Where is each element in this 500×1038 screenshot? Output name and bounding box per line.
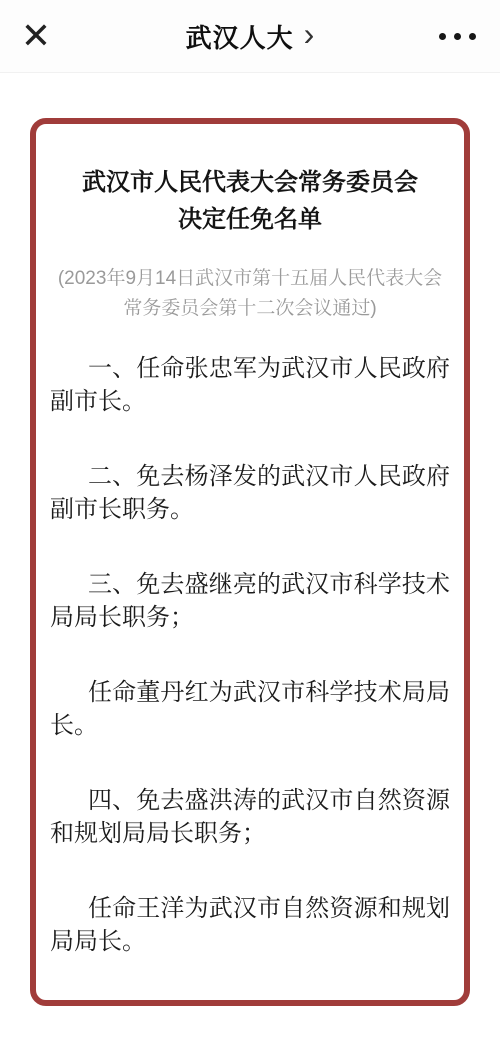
article-paragraph: 三、免去盛继亮的武汉市科学技术局局长职务； [50,568,450,634]
document-subtitle: (2023年9月14日武汉市第十五届人民代表大会 常务委员会第十二次会议通过) [50,264,450,324]
account-title-link[interactable]: 武汉人大 › [186,18,315,55]
document-title: 武汉市人民代表大会常务委员会 决定任免名单 [50,164,450,238]
navbar: ✕ 武汉人大 › [0,0,500,73]
document-body: 一、任命张忠军为武汉市人民政府副市长。二、免去杨泽发的武汉市人民政府副市长职务。… [50,352,450,958]
close-icon[interactable]: ✕ [12,0,60,72]
document-title-line2: 决定任免名单 [50,201,450,238]
document-subtitle-line2: 常务委员会第十二次会议通过) [50,294,450,324]
article-paragraph: 一、任命张忠军为武汉市人民政府副市长。 [50,352,450,418]
document-subtitle-line1: (2023年9月14日武汉市第十五届人民代表大会 [50,264,450,294]
article-paragraph: 任命王洋为武汉市自然资源和规划局局长。 [50,892,450,958]
more-dot [469,33,476,40]
more-dot [454,33,461,40]
chevron-right-icon: › [304,18,315,50]
more-dot [439,33,446,40]
article-paragraph: 任命董丹红为武汉市科学技术局局长。 [50,676,450,742]
more-options-icon[interactable] [435,0,480,72]
article-paragraph: 四、免去盛洪涛的武汉市自然资源和规划局局长职务； [50,784,450,850]
document-title-line1: 武汉市人民代表大会常务委员会 [50,164,450,201]
article-paragraph: 二、免去杨泽发的武汉市人民政府副市长职务。 [50,460,450,526]
document-card: 武汉市人民代表大会常务委员会 决定任免名单 (2023年9月14日武汉市第十五届… [30,118,470,1006]
account-name: 武汉人大 [186,18,294,55]
